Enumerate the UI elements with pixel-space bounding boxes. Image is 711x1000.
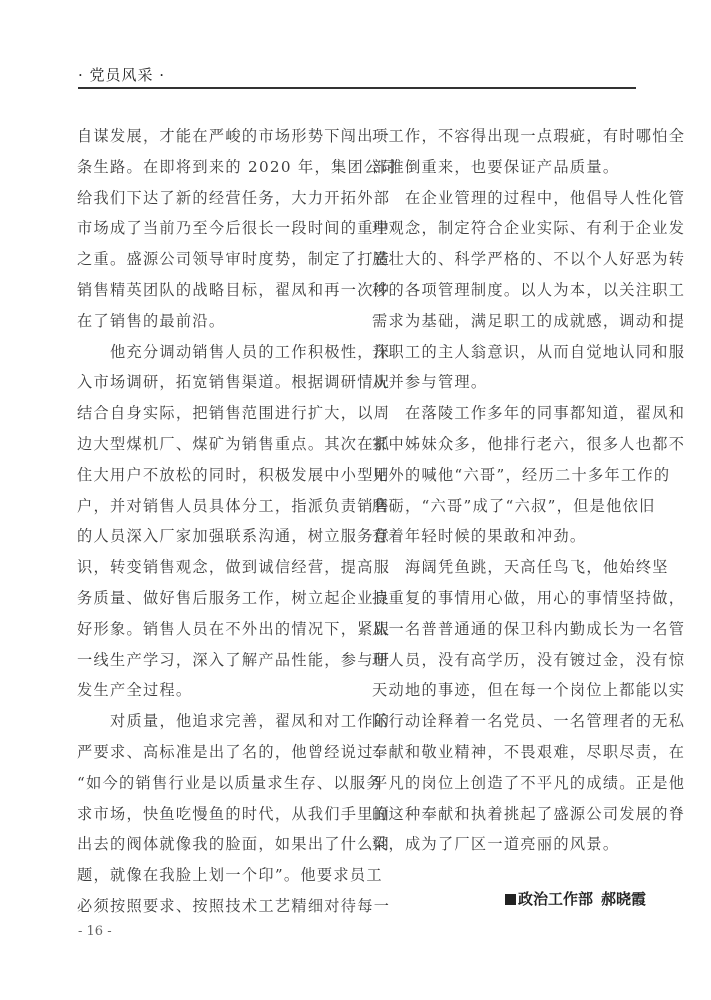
text-line: 需求为基础，满足职工的成就感，调动和提 bbox=[372, 306, 644, 337]
text-line: 梁，成为了厂区一道亮丽的风景。 bbox=[372, 829, 644, 860]
text-line: 户，并对销售人员具体分工，指派负责销售 bbox=[77, 491, 349, 522]
text-line: 天动地的事迹，但在每一个岗位上都能以实 bbox=[372, 675, 644, 706]
text-line: 发生产全过程。 bbox=[77, 675, 349, 706]
text-line: 奉献和敬业精神，不畏艰难，尽职尽责，在 bbox=[372, 737, 644, 768]
text-line: 入市场调研，拓宽销售渠道。根据调研情况 bbox=[77, 367, 349, 398]
text-line: 的人员深入厂家加强联系沟通，树立服务意 bbox=[77, 521, 349, 552]
text-line: 给我们下达了新的经营任务，大力开拓外部 bbox=[77, 183, 349, 214]
text-line: 边大型煤机厂、煤矿为销售重点。其次在抓 bbox=[77, 429, 349, 460]
square-bullet-icon bbox=[505, 894, 516, 905]
right-column: 项工作，不容得出现一点瑕疵，有时哪怕全部推倒重来，也要保证产品质量。在企业管理的… bbox=[372, 121, 644, 860]
page-number: - 16 - bbox=[78, 924, 112, 939]
text-line: 出去的阀体就像我的脸面，如果出了什么问 bbox=[77, 829, 349, 860]
text-line: 之重。盛源公司领导审时度势，制定了打造 bbox=[77, 244, 349, 275]
text-line: 对质量，他追求完善，翟凤和对工作的 bbox=[77, 706, 349, 737]
text-line: 际行动诠释着一名党员、一名管理者的无私 bbox=[372, 706, 644, 737]
text-line: 自谋发展，才能在严峻的市场形势下闯出一 bbox=[77, 121, 349, 152]
text-line: 销售精英团队的战略目标，翟凤和再一次冲 bbox=[77, 275, 349, 306]
text-line: 必须按照要求、按照技术工艺精细对待每一 bbox=[77, 891, 349, 922]
section-title: · 党员风采 · bbox=[78, 64, 165, 85]
text-line: 的这种奉献和执着挑起了盛源公司发展的脊 bbox=[372, 799, 644, 830]
text-line: 理观念，制定符合企业实际、有利于企业发 bbox=[372, 213, 644, 244]
text-line: 有着年轻时候的果敢和冲劲。 bbox=[372, 521, 644, 552]
text-line: 从并参与管理。 bbox=[372, 367, 644, 398]
text-line: 严要求、高标准是出了名的，他曾经说过： bbox=[77, 737, 349, 768]
text-line: 结合自身实际，把销售范围进行扩大，以周 bbox=[77, 398, 349, 429]
text-line: 市场成了当前乃至今后很长一段时间的重中 bbox=[77, 213, 349, 244]
page-header: · 党员风采 · bbox=[78, 64, 636, 86]
text-line: 家中姊妹众多，他排行老六，很多人也都不 bbox=[372, 429, 644, 460]
text-line: “如今的销售行业是以质量求生存、以服务 bbox=[77, 768, 349, 799]
text-line: 他充分调动销售人员的工作积极性，深 bbox=[77, 337, 349, 368]
text-line: 展壮大的、科学严格的、不以个人好恶为转 bbox=[372, 244, 644, 275]
header-divider bbox=[78, 87, 636, 89]
text-line: 海阔凭鱼跳，天高任鸟飞，他始终坚 bbox=[372, 552, 644, 583]
text-line: 题，就像在我脸上划一个印”。他要求员工 bbox=[77, 860, 349, 891]
text-line: 升职工的主人翁意识，从而自觉地认同和服 bbox=[372, 337, 644, 368]
text-line: 持重复的事情用心做，用心的事情坚持做， bbox=[372, 583, 644, 614]
text-line: 识，转变销售观念，做到诚信经营，提高服 bbox=[77, 552, 349, 583]
signature: 政治工作部郝晓霞 bbox=[505, 888, 646, 909]
left-column: 自谋发展，才能在严峻的市场形势下闯出一条生路。在即将到来的 2020 年，集团公… bbox=[77, 121, 349, 922]
text-line: 部推倒重来，也要保证产品质量。 bbox=[372, 152, 644, 183]
signature-department: 政治工作部 bbox=[518, 890, 593, 908]
text-line: 求市场，快鱼吃慢鱼的时代，从我们手里面 bbox=[77, 799, 349, 830]
text-line: 项工作，不容得出现一点瑕疵，有时哪怕全 bbox=[372, 121, 644, 152]
signature-author: 郝晓霞 bbox=[601, 890, 646, 908]
text-line: 务质量、做好售后服务工作，树立起企业良 bbox=[77, 583, 349, 614]
text-line: 移的各项管理制度。以人为本，以关注职工 bbox=[372, 275, 644, 306]
text-line: 条生路。在即将到来的 2020 年，集团公司 bbox=[77, 152, 349, 183]
text-line: 从一名普普通通的保卫科内勤成长为一名管 bbox=[372, 614, 644, 645]
text-line: 磨砺，“六哥”成了“六叔”，但是他依旧 bbox=[372, 491, 644, 522]
text-line: 在落陵工作多年的同事都知道，翟凤和 bbox=[372, 398, 644, 429]
text-line: 一线生产学习，深入了解产品性能，参与研 bbox=[77, 645, 349, 676]
text-line: 好形象。销售人员在不外出的情况下，紧跟 bbox=[77, 614, 349, 645]
text-line: 平凡的岗位上创造了不平凡的成绩。正是他 bbox=[372, 768, 644, 799]
text-line: 在了销售的最前沿。 bbox=[77, 306, 349, 337]
text-line: 在企业管理的过程中，他倡导人性化管 bbox=[372, 183, 644, 214]
text-line: 住大用户不放松的同时，积极发展中小型用 bbox=[77, 460, 349, 491]
text-line: 见外的喊他“六哥”，经历二十多年工作的 bbox=[372, 460, 644, 491]
text-line: 理人员，没有高学历，没有镀过金，没有惊 bbox=[372, 645, 644, 676]
